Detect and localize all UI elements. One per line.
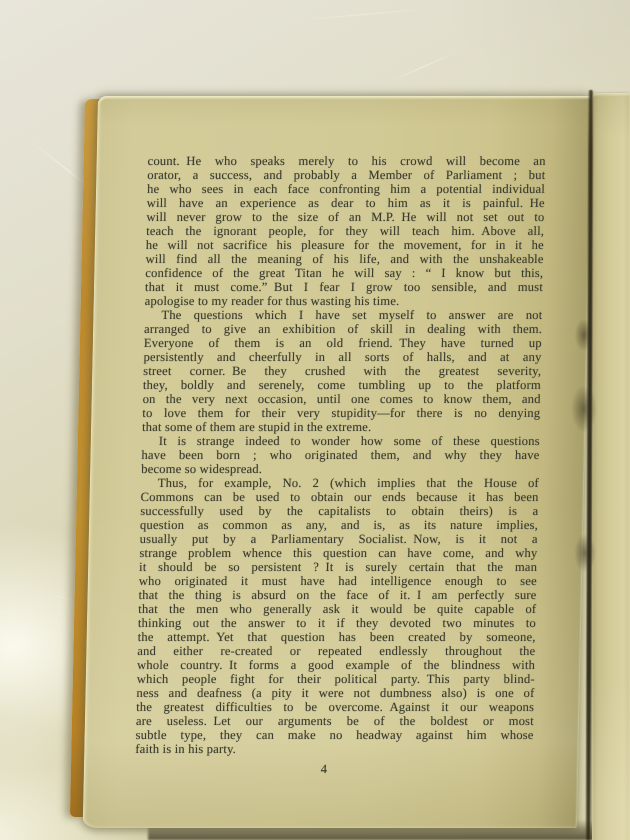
text-line: that some of them are stupid in the extr…: [142, 420, 540, 434]
text-line: persistently and cheerfully in all sorts…: [143, 350, 541, 364]
paragraph: The questions which I have set myself to…: [142, 308, 543, 434]
text-line: that the thing is absurd on the face of …: [138, 588, 536, 602]
gutter-smudge: [571, 312, 597, 358]
paragraph: count. He who speaks merely to his crowd…: [145, 154, 546, 308]
text-line: will find all the meaning of his life, a…: [145, 252, 543, 266]
text-line: question as common as any, and is, as it…: [140, 518, 538, 532]
text-line: to love them for their very stupidity—fo…: [142, 406, 540, 420]
book-page: count. He who speaks merely to his crowd…: [83, 96, 592, 828]
text-line: teach the ignorant people, for they will…: [146, 224, 544, 238]
text-line: will have an experience as dear to him a…: [147, 196, 545, 210]
text-line: The questions which I have set myself to…: [144, 308, 542, 322]
text-line: thinking out the answer to it if they de…: [138, 616, 536, 630]
text-line: street corner. Be they crushed with the …: [143, 364, 541, 378]
text-line: faith is in his party.: [135, 742, 533, 756]
paragraph: It is strange indeed to wonder how some …: [141, 434, 540, 476]
text-line: that it must come.” But I fear I grow to…: [145, 280, 543, 294]
text-line: confidence of the great Titan he will sa…: [145, 266, 543, 280]
text-line: are useless. Let our arguments be of the…: [136, 714, 534, 728]
text-line: who originated it must have had intellig…: [139, 574, 537, 588]
text-line: will never grow to the size of an M.P. H…: [146, 210, 544, 224]
text-line: that the men who generally ask it would …: [138, 602, 536, 616]
text-line: successfully used by the capitalists to …: [140, 504, 538, 518]
gutter-smudge: [570, 526, 600, 580]
text-line: the attempt. Yet that question has been …: [138, 630, 536, 644]
text-line: he who sees in each face confronting him…: [147, 182, 545, 196]
paragraph: Thus, for example, No. 2 (which implies …: [135, 476, 539, 756]
text-line: arranged to give an exhibition of skill …: [144, 322, 542, 336]
scratch-mark: [298, 8, 428, 20]
text-line: whole country. It forms a good example o…: [137, 658, 535, 672]
text-line: orator, a success, and probably a Member…: [147, 168, 545, 182]
text-line: Commons can be used to obtain our ends b…: [140, 490, 538, 504]
text-line: and either re-created or repeated endles…: [137, 644, 535, 658]
page-number: 4: [125, 762, 523, 776]
text-line: usually put by a Parliamentary Socialist…: [140, 532, 538, 546]
text-line: ness and deafness (a pity it were not du…: [136, 686, 534, 700]
text-line: he will not sacrifice his pleasure for t…: [146, 238, 544, 252]
text-line: have been born ; who originated them, an…: [141, 448, 539, 462]
text-line: It is strange indeed to wonder how some …: [142, 434, 540, 448]
scratch-mark: [391, 51, 457, 81]
text-line: become so widespread.: [141, 462, 539, 476]
text-line: it should be so persistent ? It is surel…: [139, 560, 537, 574]
text-line: which people fight for their political p…: [137, 672, 535, 686]
facing-page-edge: [592, 93, 630, 840]
text-line: Thus, for example, No. 2 (which implies …: [141, 476, 539, 490]
text-line: strange problem whence this question can…: [139, 546, 537, 560]
text-line: on the very next occasion, until one com…: [143, 392, 541, 406]
text-line: apologise to my reader for thus wasting …: [145, 294, 543, 308]
text-line: Everyone of them is an old friend. They …: [144, 336, 542, 350]
book-photo: count. He who speaks merely to his crowd…: [0, 0, 630, 840]
text-line: they, boldly and serenely, come tumbling…: [143, 378, 541, 392]
gutter-smudge: [566, 376, 602, 442]
page-text: count. He who speaks merely to his crowd…: [135, 154, 546, 756]
text-line: count. He who speaks merely to his crowd…: [147, 154, 545, 168]
text-line: subtle type, they can make no headway ag…: [135, 728, 533, 742]
text-line: the greatest difficulties to be overcome…: [136, 700, 534, 714]
